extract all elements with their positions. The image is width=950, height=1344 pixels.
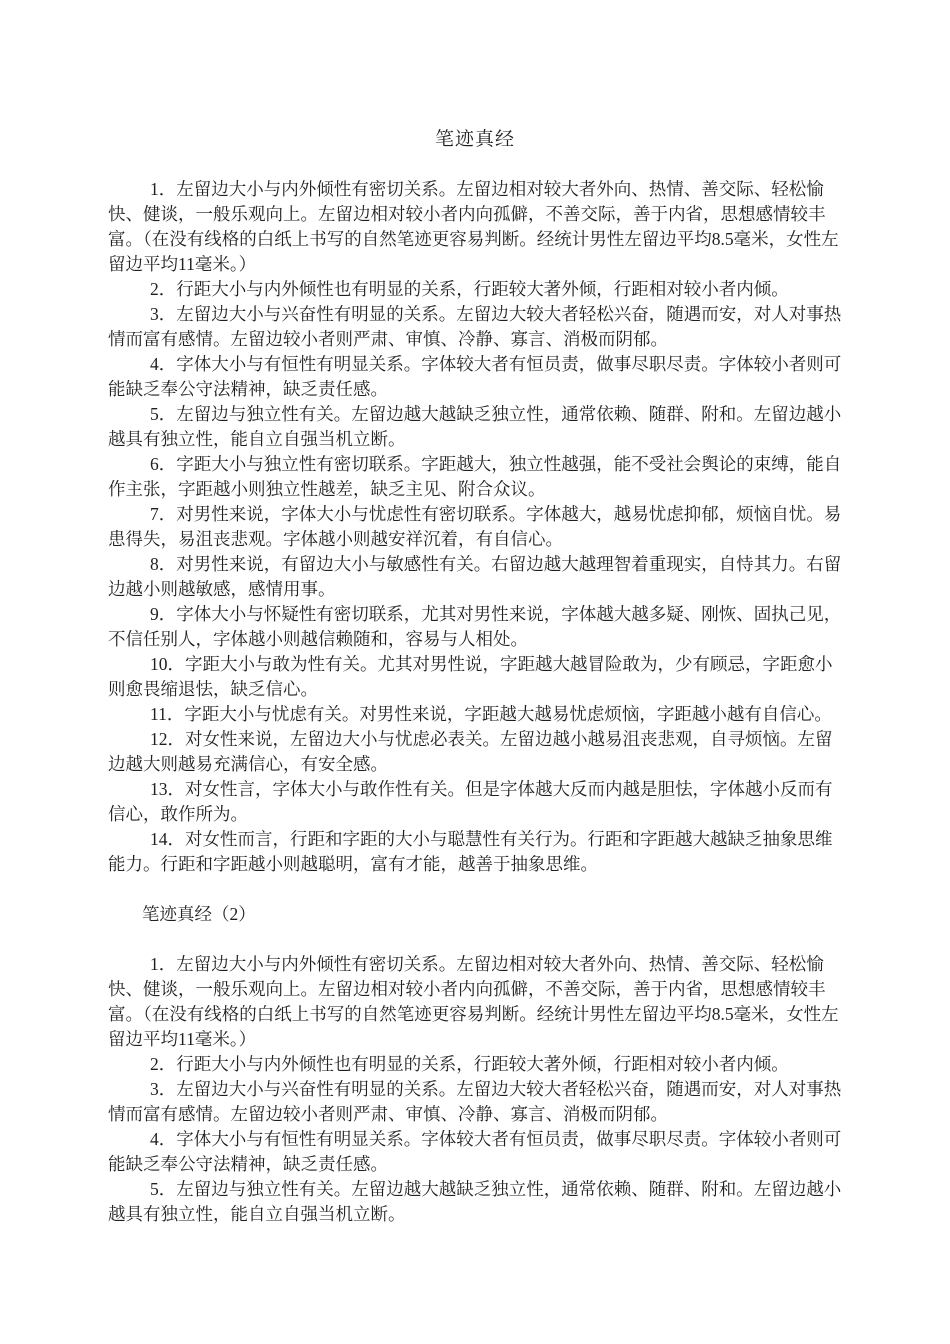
item-text: 字体大小与有恒性有明显关系。字体较大者有恒员责，做事尽职尽责。字体较小者则可能缺… [108,1129,841,1174]
item-number: 8． [150,554,176,574]
section-1-list: 1．左留边大小与内外倾性有密切关系。左留边相对较大者外向、热情、善交际、轻松愉快… [108,177,842,877]
item-number: 1． [150,954,176,974]
item-text: 字体大小与有恒性有明显关系。字体较大者有恒员责，做事尽职尽责。字体较小者则可能缺… [108,354,841,399]
list-item: 4．字体大小与有恒性有明显关系。字体较大者有恒员责，做事尽职尽责。字体较小者则可… [108,1127,842,1177]
item-text: 左留边大小与内外倾性有密切关系。左留边相对较大者外向、热情、善交际、轻松愉快、健… [108,179,839,274]
list-item: 14．对女性而言，行距和字距的大小与聪慧性有关行为。行距和字距越大越缺乏抽象思维… [108,827,842,877]
document-title: 笔迹真经 [108,127,842,152]
item-number: 3． [150,304,176,324]
item-number: 2． [150,1054,176,1074]
list-item: 13．对女性言，字体大小与敢作性有关。但是字体越大反而内越是胆怯，字体越小反而有… [108,777,842,827]
item-text: 对男性来说，字体大小与忧虑性有密切联系。字体越大，越易忧虑抑郁，烦恼自忧。易患得… [108,504,841,549]
item-number: 12． [150,729,185,749]
item-number: 13． [150,779,185,799]
list-item: 1．左留边大小与内外倾性有密切关系。左留边相对较大者外向、热情、善交际、轻松愉快… [108,952,842,1052]
item-number: 4． [150,354,176,374]
list-item: 5．左留边与独立性有关。左留边越大越缺乏独立性，通常依赖、随群、附和。左留边越小… [108,1177,842,1227]
item-number: 4． [150,1129,176,1149]
item-text: 左留边大小与兴奋性有明显的关系。左留边大较大者轻松兴奋，随遇而安，对人对事热情而… [108,304,841,349]
list-item: 5．左留边与独立性有关。左留边越大越缺乏独立性，通常依赖、随群、附和。左留边越小… [108,402,842,452]
section-2-list: 1．左留边大小与内外倾性有密切关系。左留边相对较大者外向、热情、善交际、轻松愉快… [108,952,842,1227]
item-number: 5． [150,404,176,424]
list-item: 6．字距大小与独立性有密切联系。字距越大，独立性越强，能不受社会舆论的束缚，能自… [108,452,842,502]
item-text: 左留边大小与内外倾性有密切关系。左留边相对较大者外向、热情、善交际、轻松愉快、健… [108,954,839,1049]
item-number: 11． [150,704,184,724]
item-text: 对女性而言，行距和字距的大小与聪慧性有关行为。行距和字距越大越缺乏抽象思维能力。… [108,829,833,874]
item-text: 字距大小与独立性有密切联系。字距越大，独立性越强，能不受社会舆论的束缚，能自作主… [108,454,841,499]
item-text: 字距大小与忧虑有关。对男性来说，字距越大越易忧虑烦恼，字距越小越有自信心。 [184,704,832,724]
list-item: 9．字体大小与怀疑性有密切联系，尤其对男性来说，字体越大越多疑、刚恢、固执己见，… [108,602,842,652]
list-item: 3．左留边大小与兴奋性有明显的关系。左留边大较大者轻松兴奋，随遇而安，对人对事热… [108,302,842,352]
item-number: 6． [150,454,176,474]
list-item: 4．字体大小与有恒性有明显关系。字体较大者有恒员责，做事尽职尽责。字体较小者则可… [108,352,842,402]
list-item: 2．行距大小与内外倾性也有明显的关系，行距较大著外倾，行距相对较小者内倾。 [108,1052,842,1077]
item-text: 字距大小与敢为性有关。尤其对男性说，字距越大越冒险敢为，少有顾忌，字距愈小则愈畏… [108,654,833,699]
item-number: 5． [150,1179,176,1199]
document-page: 笔迹真经 1．左留边大小与内外倾性有密切关系。左留边相对较大者外向、热情、善交际… [0,0,950,1344]
item-text: 字体大小与怀疑性有密切联系，尤其对男性来说，字体越大越多疑、刚恢、固执己见，不信… [108,604,841,649]
item-number: 1． [150,179,176,199]
item-text: 行距大小与内外倾性也有明显的关系，行距较大著外倾，行距相对较小者内倾。 [176,279,789,299]
item-number: 9． [150,604,176,624]
item-number: 2． [150,279,176,299]
item-text: 左留边与独立性有关。左留边越大越缺乏独立性，通常依赖、随群、附和。左留边越小越具… [108,404,841,449]
item-text: 行距大小与内外倾性也有明显的关系，行距较大著外倾，行距相对较小者内倾。 [176,1054,789,1074]
list-item: 7．对男性来说，字体大小与忧虑性有密切联系。字体越大，越易忧虑抑郁，烦恼自忧。易… [108,502,842,552]
item-text: 对女性来说，左留边大小与忧虑必表关。左留边越小越易沮丧悲观，自寻烦恼。左留边越大… [108,729,833,774]
item-number: 7． [150,504,176,524]
list-item: 2．行距大小与内外倾性也有明显的关系，行距较大著外倾，行距相对较小者内倾。 [108,277,842,302]
item-number: 14． [150,829,185,849]
list-item: 1．左留边大小与内外倾性有密切关系。左留边相对较大者外向、热情、善交际、轻松愉快… [108,177,842,277]
item-number: 10． [150,654,185,674]
list-item: 3．左留边大小与兴奋性有明显的关系。左留边大较大者轻松兴奋，随遇而安，对人对事热… [108,1077,842,1127]
section-2-heading: 笔迹真经（2） [108,902,842,927]
list-item: 8．对男性来说，有留边大小与敏感性有关。右留边越大越理智着重现实，自恃其力。右留… [108,552,842,602]
item-number: 3． [150,1079,176,1099]
item-text: 左留边与独立性有关。左留边越大越缺乏独立性，通常依赖、随群、附和。左留边越小越具… [108,1179,841,1224]
list-item: 10．字距大小与敢为性有关。尤其对男性说，字距越大越冒险敢为，少有顾忌，字距愈小… [108,652,842,702]
list-item: 11．字距大小与忧虑有关。对男性来说，字距越大越易忧虑烦恼，字距越小越有自信心。 [108,702,842,727]
item-text: 对男性来说，有留边大小与敏感性有关。右留边越大越理智着重现实，自恃其力。右留边越… [108,554,841,599]
item-text: 对女性言，字体大小与敢作性有关。但是字体越大反而内越是胆怯，字体越小反而有信心，… [108,779,833,824]
item-text: 左留边大小与兴奋性有明显的关系。左留边大较大者轻松兴奋，随遇而安，对人对事热情而… [108,1079,841,1124]
list-item: 12．对女性来说，左留边大小与忧虑必表关。左留边越小越易沮丧悲观，自寻烦恼。左留… [108,727,842,777]
